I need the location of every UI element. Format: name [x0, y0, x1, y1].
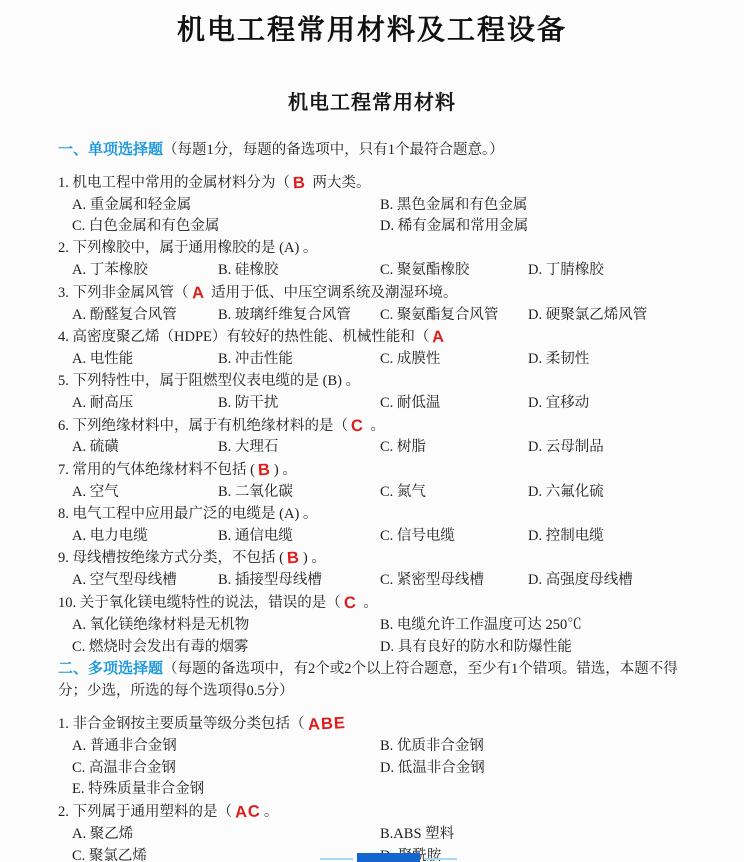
question-stem: 7. 常用的气体绝缘材料不包括 (B) 。: [58, 459, 690, 482]
option-D: D. 柔韧性: [528, 349, 690, 371]
page-title: 机电工程常用材料及工程设备: [0, 0, 744, 48]
question-text: 3. 下列非金属风管（: [58, 285, 189, 301]
option-C: C. 聚氨酯复合风管: [380, 305, 528, 327]
question-stem: 4. 高密度聚乙烯（HDPE）有较好的热性能、机械性能和（A: [58, 326, 690, 349]
question-text: 1. 机电工程中常用的金属材料分为（: [58, 175, 290, 191]
option-C: C. 高温非合金钢: [72, 758, 380, 780]
question-text: 7. 常用的气体绝缘材料不包括 (: [58, 462, 255, 478]
question: 5. 下列特性中，属于阻燃型仪表电缆的是 (B) 。 A. 耐高压B. 防干扰C…: [58, 371, 690, 415]
question-text: 5. 下列特性中，属于阻燃型仪表电缆的是 (: [58, 373, 327, 389]
question-text: 10. 关于氧化镁电缆特性的说法，错误的是（: [58, 595, 341, 611]
option-D: D. 丁腈橡胶: [528, 260, 690, 282]
option-A: A. 空气: [72, 482, 218, 504]
option-A: A. 普通非合金钢: [72, 736, 380, 758]
option-A: A. 空气型母线槽: [72, 570, 218, 592]
option-list: A. 空气B. 二氧化碳C. 氮气D. 六氟化硫: [58, 482, 690, 504]
option-D: D. 硬聚氯乙烯风管: [528, 305, 690, 327]
question-section: 二、多项选择题（每题的备选项中，有2个或2个以上符合题意，至少有1个错项。错选，…: [58, 658, 690, 862]
question-stem: 10. 关于氧化镁电缆特性的说法，错误的是（C 。: [58, 592, 690, 615]
option-A: A. 丁苯橡胶: [72, 260, 218, 282]
option-list: A. 酚醛复合风管B. 玻璃纤维复合风管C. 聚氨酯复合风管D. 硬聚氯乙烯风管: [58, 305, 690, 327]
option-list: A. 丁苯橡胶B. 硅橡胶C. 聚氨酯橡胶D. 丁腈橡胶: [58, 260, 690, 282]
answer-annotation: B: [327, 373, 337, 389]
question-text-after: ) 。: [294, 240, 317, 256]
answer-annotation: A: [284, 506, 294, 522]
question-text: 6. 下列绝缘材料中，属于有机绝缘材料的是（: [58, 418, 348, 434]
answer-annotation: C: [343, 593, 357, 615]
option-B: B. 大理石: [218, 437, 380, 459]
option-D: D. 稀有金属和常用金属: [380, 216, 690, 238]
option-list: A. 电力电缆B. 通信电缆C. 信号电缆D. 控制电缆: [58, 526, 690, 548]
option-A: A. 电力电缆: [72, 526, 218, 548]
question-text: 2. 下列橡胶中，属于通用橡胶的是 (: [58, 240, 284, 256]
option-B: B. 优质非合金钢: [380, 736, 690, 758]
question-stem: 6. 下列绝缘材料中，属于有机绝缘材料的是（C 。: [58, 415, 690, 438]
option-C: C. 成膜性: [380, 349, 528, 371]
question-text: 4. 高密度聚乙烯（HDPE）有较好的热性能、机械性能和（: [58, 329, 429, 345]
question-stem: 8. 电气工程中应用最广泛的电缆是 (A) 。: [58, 504, 690, 526]
question-stem: 1. 非合金钢按主要质量等级分类包括（ABE: [58, 713, 690, 736]
section-heading-title: 二、多项选择题: [58, 660, 163, 677]
option-D: D. 高强度母线槽: [528, 570, 690, 592]
question-text-after: ) 。: [274, 462, 297, 478]
option-C: C. 紧密型母线槽: [380, 570, 528, 592]
option-A: A. 重金属和轻金属: [72, 195, 380, 217]
option-C: C. 氮气: [380, 482, 528, 504]
section-heading: 二、多项选择题（每题的备选项中，有2个或2个以上符合题意，至少有1个错项。错选，…: [58, 658, 690, 703]
option-C: C. 树脂: [380, 437, 528, 459]
question-text-after: ) 。: [337, 373, 360, 389]
question: 1. 非合金钢按主要质量等级分类包括（ABE A. 普通非合金钢B. 优质非合金…: [58, 713, 690, 801]
section-questions: 1. 机电工程中常用的金属材料分为（B 两大类。 A. 重金属和轻金属B. 黑色…: [58, 172, 690, 659]
question-stem: 3. 下列非金属风管（A 适用于低、中压空调系统及潮湿环境。: [58, 282, 690, 305]
answer-annotation: A: [432, 327, 446, 349]
option-list: A. 空气型母线槽B. 插接型母线槽C. 紧密型母线槽D. 高强度母线槽: [58, 570, 690, 592]
question: 7. 常用的气体绝缘材料不包括 (B) 。 A. 空气B. 二氧化碳C. 氮气D…: [58, 459, 690, 504]
option-B: B. 通信电缆: [218, 526, 380, 548]
option-D: D. 具有良好的防水和防爆性能: [380, 637, 690, 659]
option-list: A. 耐高压B. 防干扰C. 耐低温D. 宜移动: [58, 393, 690, 415]
option-A: A. 氧化镁绝缘材料是无机物: [72, 615, 380, 637]
option-B: B. 插接型母线槽: [218, 570, 380, 592]
question-text: 1. 非合金钢按主要质量等级分类包括（: [58, 716, 305, 732]
option-list: A. 电性能B. 冲击性能C. 成膜性D. 柔韧性: [58, 349, 690, 371]
option-A: A. 酚醛复合风管: [72, 305, 218, 327]
option-C: C. 燃烧时会发出有毒的烟雾: [72, 637, 380, 659]
answer-annotation: ABE: [307, 713, 346, 737]
question: 1. 机电工程中常用的金属材料分为（B 两大类。 A. 重金属和轻金属B. 黑色…: [58, 172, 690, 238]
option-B: B. 电缆允许工作温度可达 250℃: [380, 615, 690, 637]
option-C: C. 白色金属和有色金属: [72, 216, 380, 238]
option-list: A. 重金属和轻金属B. 黑色金属和有色金属C. 白色金属和有色金属D. 稀有金…: [58, 195, 690, 239]
option-C: C. 聚氨酯橡胶: [380, 260, 528, 282]
option-D: D. 六氟化硫: [528, 482, 690, 504]
question-text-after: 两大类。: [309, 175, 371, 191]
option-C: C. 耐低温: [380, 393, 528, 415]
question-text-after: ) 。: [303, 550, 326, 566]
section-heading-title: 一、单项选择题: [58, 141, 163, 158]
answer-annotation: B: [257, 460, 271, 482]
section-questions: 1. 非合金钢按主要质量等级分类包括（ABE A. 普通非合金钢B. 优质非合金…: [58, 713, 690, 862]
option-B: B. 防干扰: [218, 393, 380, 415]
question-text-after: 。: [264, 804, 279, 820]
exam-content: 一、单项选择题（每题1分，每题的备选项中，只有1个最符合题意。） 1. 机电工程…: [58, 139, 690, 862]
option-D: D. 宜移动: [528, 393, 690, 415]
question: 8. 电气工程中应用最广泛的电缆是 (A) 。 A. 电力电缆B. 通信电缆C.…: [58, 504, 690, 548]
option-A: A. 聚乙烯: [72, 824, 380, 846]
option-list: A. 氧化镁绝缘材料是无机物B. 电缆允许工作温度可达 250℃C. 燃烧时会发…: [58, 615, 690, 659]
question-stem: 2. 下列橡胶中，属于通用橡胶的是 (A) 。: [58, 238, 690, 260]
question-text: 2. 下列属于通用塑料的是（: [58, 804, 232, 820]
question-text: 9. 母线槽按绝缘方式分类，不包括 (: [58, 550, 284, 566]
option-list: A. 硫磺B. 大理石C. 树脂D. 云母制品: [58, 437, 690, 459]
question-text: 8. 电气工程中应用最广泛的电缆是 (: [58, 506, 284, 522]
answer-annotation: B: [286, 548, 300, 570]
option-B: B. 冲击性能: [218, 349, 380, 371]
option-C: C. 信号电缆: [380, 526, 528, 548]
footer-divider-right: [424, 858, 457, 860]
question: 2. 下列橡胶中，属于通用橡胶的是 (A) 。 A. 丁苯橡胶B. 硅橡胶C. …: [58, 238, 690, 282]
chapter-subtitle: 机电工程常用材料: [0, 86, 744, 115]
question-text-after: 。: [367, 418, 385, 434]
option-E: E. 特殊质量非合金钢: [72, 779, 380, 801]
question: 10. 关于氧化镁电缆特性的说法，错误的是（C 。 A. 氧化镁绝缘材料是无机物…: [58, 592, 690, 658]
option-D: D. 云母制品: [528, 437, 690, 459]
answer-annotation: C: [350, 415, 364, 437]
option-D: D. 低温非合金钢: [380, 758, 690, 780]
question-text-after: ) 。: [294, 506, 317, 522]
option-B: B.ABS 塑料: [380, 824, 690, 846]
question-stem: 9. 母线槽按绝缘方式分类，不包括 (B) 。: [58, 547, 690, 570]
answer-annotation: AC: [234, 801, 261, 824]
question: 6. 下列绝缘材料中，属于有机绝缘材料的是（C 。 A. 硫磺B. 大理石C. …: [58, 415, 690, 460]
option-B: B. 黑色金属和有色金属: [380, 195, 690, 217]
answer-annotation: B: [292, 172, 306, 194]
question-section: 一、单项选择题（每题1分，每题的备选项中，只有1个最符合题意。） 1. 机电工程…: [58, 139, 690, 658]
page-number-badge: [357, 853, 420, 862]
question-stem: 5. 下列特性中，属于阻燃型仪表电缆的是 (B) 。: [58, 371, 690, 393]
answer-annotation: A: [284, 240, 294, 256]
document-page: 机电工程常用材料及工程设备 机电工程常用材料 一、单项选择题（每题1分，每题的备…: [0, 0, 744, 862]
option-A: A. 电性能: [72, 349, 218, 371]
question-text-after: 。: [360, 595, 378, 611]
section-heading: 一、单项选择题（每题1分，每题的备选项中，只有1个最符合题意。）: [58, 139, 690, 162]
section-heading-note: （每题1分，每题的备选项中，只有1个最符合题意。）: [163, 142, 504, 158]
option-B: B. 二氧化碳: [218, 482, 380, 504]
question: 4. 高密度聚乙烯（HDPE）有较好的热性能、机械性能和（A A. 电性能B. …: [58, 326, 690, 371]
option-D: D. 控制电缆: [528, 526, 690, 548]
answer-annotation: A: [191, 282, 205, 304]
question-text-after: 适用于低、中压空调系统及潮湿环境。: [207, 285, 457, 301]
footer-divider-left: [320, 858, 353, 860]
option-list: A. 普通非合金钢B. 优质非合金钢C. 高温非合金钢D. 低温非合金钢E. 特…: [58, 736, 690, 801]
question-stem: 1. 机电工程中常用的金属材料分为（B 两大类。: [58, 172, 690, 195]
question-stem: 2. 下列属于通用塑料的是（AC。: [58, 801, 690, 824]
option-A: A. 硫磺: [72, 437, 218, 459]
question: 3. 下列非金属风管（A 适用于低、中压空调系统及潮湿环境。 A. 酚醛复合风管…: [58, 282, 690, 327]
option-B: B. 硅橡胶: [218, 260, 380, 282]
option-B: B. 玻璃纤维复合风管: [218, 305, 380, 327]
question: 9. 母线槽按绝缘方式分类，不包括 (B) 。 A. 空气型母线槽B. 插接型母…: [58, 547, 690, 592]
option-A: A. 耐高压: [72, 393, 218, 415]
